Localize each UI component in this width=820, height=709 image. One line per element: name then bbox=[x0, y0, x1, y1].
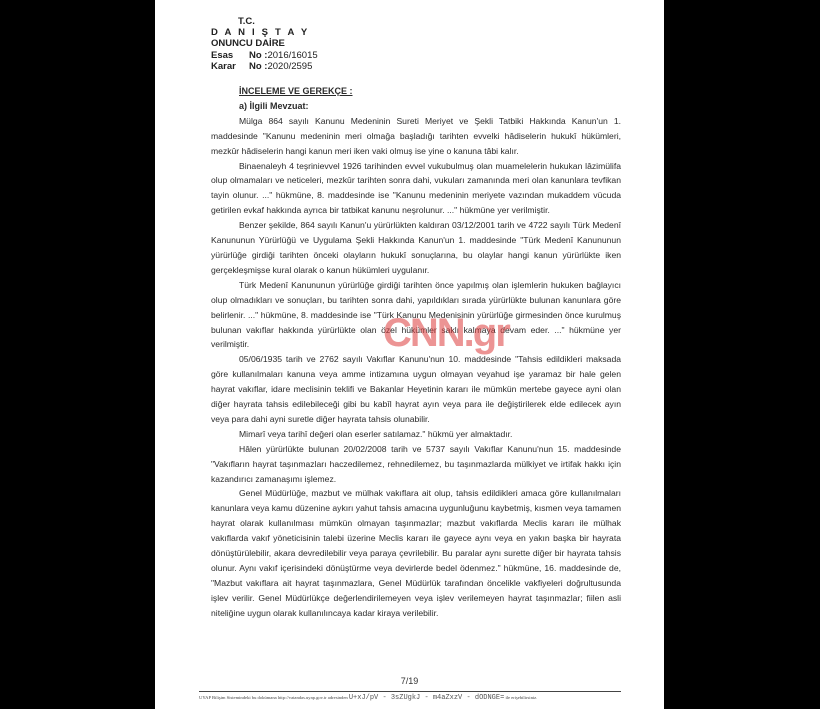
page-number: 7/19 bbox=[155, 676, 664, 686]
karar-number: 2020/2595 bbox=[267, 61, 312, 72]
sub-title: a) İlgili Mevzuat: bbox=[211, 99, 621, 114]
paragraph: 05/06/1935 tarih ve 2762 sayılı Vakıflar… bbox=[211, 352, 621, 427]
karar-no-label: No : bbox=[249, 61, 267, 72]
karar-row: Karar No :2020/2595 bbox=[211, 61, 318, 72]
paragraph: Mimarî veya tarihî değeri olan eserler s… bbox=[211, 427, 621, 442]
esas-label: Esas bbox=[211, 50, 249, 61]
paragraph: Genel Müdürlüğe, mazbut ve mülhak vakıfl… bbox=[211, 486, 621, 620]
footer-prefix: UYAP Bilişim Sistemindeki bu dokümana ht… bbox=[199, 695, 348, 700]
esas-row: Esas No :2016/16015 bbox=[211, 50, 318, 61]
karar-label: Karar bbox=[211, 61, 249, 72]
document-page: T.C. D A N I Ş T A Y ONUNCU DAİRE Esas N… bbox=[155, 0, 664, 709]
paragraph: Binaenaleyh 4 teşrinievvel 1926 tarihind… bbox=[211, 159, 621, 219]
footer-suffix: ile erişebilirsiniz. bbox=[505, 695, 537, 700]
esas-no-label: No : bbox=[249, 50, 267, 61]
verification-code: U+xJ/pV - 3sZUgkJ - m4aZxzV - dODNGE= bbox=[349, 694, 504, 702]
paragraph: Benzer şekilde, 864 sayılı Kanun'u yürür… bbox=[211, 218, 621, 278]
footer-divider bbox=[199, 691, 621, 692]
paragraph: Türk Medenî Kanununun yürürlüğe girdiği … bbox=[211, 278, 621, 353]
paragraph: Mülga 864 sayılı Kanunu Medeninin Sureti… bbox=[211, 114, 621, 159]
court-name: D A N I Ş T A Y bbox=[211, 27, 318, 38]
section-title: İNCELEME VE GEREKÇE : bbox=[211, 84, 621, 99]
document-body: İNCELEME VE GEREKÇE : a) İlgili Mevzuat:… bbox=[211, 84, 621, 621]
footer-note: UYAP Bilişim Sistemindeki bu dokümana ht… bbox=[199, 694, 623, 702]
paragraph: Hâlen yürürlükte bulunan 20/02/2008 tari… bbox=[211, 442, 621, 487]
esas-number: 2016/16015 bbox=[267, 50, 317, 61]
karar-value: No :2020/2595 bbox=[249, 61, 312, 72]
republic-label: T.C. bbox=[211, 16, 318, 27]
chamber-name: ONUNCU DAİRE bbox=[211, 38, 318, 49]
esas-value: No :2016/16015 bbox=[249, 50, 318, 61]
document-header: T.C. D A N I Ş T A Y ONUNCU DAİRE Esas N… bbox=[211, 16, 318, 72]
